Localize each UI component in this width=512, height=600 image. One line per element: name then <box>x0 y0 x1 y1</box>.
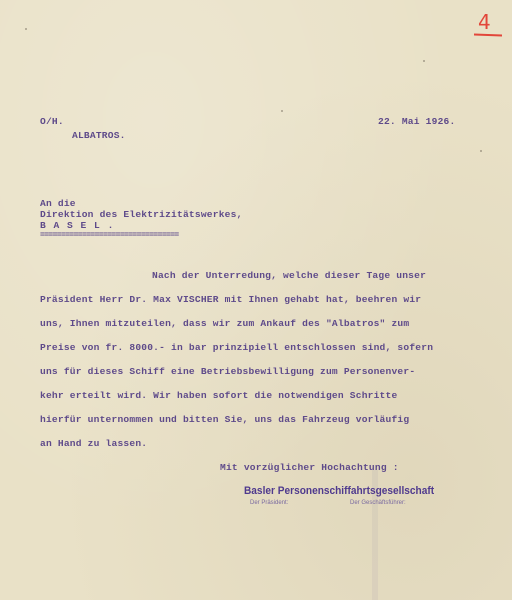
reference-subject: ALBATROS. <box>72 131 126 141</box>
recipient-line-3: B A S E L . <box>40 221 114 231</box>
stamp-company-name: Basler Personenschiffahrtsgesellschaft <box>244 485 434 497</box>
body-line: uns für dieses Schiff eine Betriebsbewil… <box>40 367 415 377</box>
body-line: Preise von fr. 8000.- in bar prinzipiell… <box>40 343 433 353</box>
body-line: an Hand zu lassen. <box>40 439 147 449</box>
stamp-manager-label: Der Geschäftsführer: <box>350 500 406 506</box>
body-line: kehr erteilt wird. Wir haben sofort die … <box>40 391 397 401</box>
stamp-president-label: Der Präsident: <box>250 500 288 506</box>
body-line: hierfür unternommen und bitten Sie, uns … <box>40 415 409 425</box>
letter-date: 22. Mai 1926. <box>378 117 455 127</box>
recipient-line-1: An die <box>40 199 76 209</box>
paper-speck <box>25 28 27 30</box>
body-line: Nach der Unterredung, welche dieser Tage… <box>152 271 426 281</box>
reference-code: O/H. <box>40 117 64 127</box>
recipient-line-2: Direktion des Elektrizitätswerkes, <box>40 210 243 220</box>
paper-speck <box>480 150 482 152</box>
paper-speck <box>423 60 425 62</box>
page-number: 4 <box>478 10 491 34</box>
recipient-underline: ================================= <box>40 231 179 240</box>
paper-speck <box>281 110 283 112</box>
body-line: Präsident Herr Dr. Max VISCHER mit Ihnen… <box>40 295 421 305</box>
body-line: uns, Ihnen mitzuteilen, dass wir zum Ank… <box>40 319 409 329</box>
